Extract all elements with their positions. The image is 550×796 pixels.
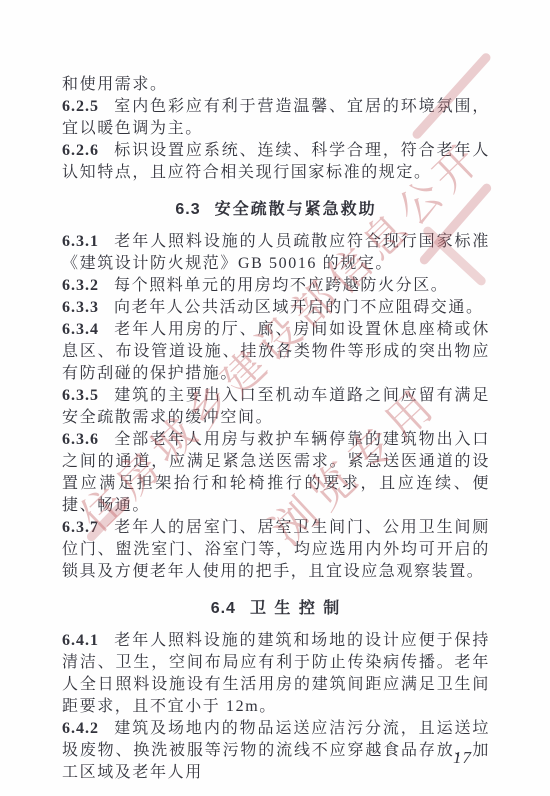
clause-text: 建筑及场地内的物品运送应洁污分流，且运送垃圾废物、换洗被服等污物的流线不应穿越食… [62, 720, 490, 781]
clause-number: 6.3.4 [62, 321, 114, 338]
clause-number: 6.3.2 [62, 277, 114, 294]
clause-6-3-6: 6.3.6全部老年人用房与救护车辆停靠的建筑物出入口之间的通道，应满足紧急送医需… [62, 429, 490, 517]
paragraph-continuation: 和使用需求。 [62, 74, 490, 96]
clause-number: 6.2.5 [62, 98, 114, 115]
section-heading-6-3: 6.3安全疏散与紧急救助 [62, 199, 490, 221]
clause-number: 6.3.7 [62, 519, 114, 536]
clause-text: 老年人用房的厅、廊、房间如设置休息座椅或休息区、布设管道设施、挂放各类物件等形成… [62, 321, 490, 382]
clause-6-4-1: 6.4.1老年人照料设施的建筑和场地的设计应便于保持清洁、卫生，空间布局应有利于… [62, 630, 490, 718]
clause-6-2-5: 6.2.5室内色彩应有利于营造温馨、宜居的环境氛围，宜以暖色调为主。 [62, 96, 490, 140]
clause-text: 老年人照料设施的人员疏散应符合现行国家标准《建筑设计防火规范》GB 50016 … [62, 233, 490, 272]
clause-number: 6.2.6 [62, 142, 114, 159]
section-title: 卫 生 控 制 [250, 600, 341, 617]
clause-number: 6.4.1 [62, 632, 114, 649]
page-number: 17 [453, 748, 472, 768]
clause-number: 6.3.1 [62, 233, 114, 250]
clause-6-3-7: 6.3.7老年人的居室门、居室卫生间门、公用卫生间厕位门、盥洗室门、浴室门等，均… [62, 517, 490, 583]
clause-text: 老年人的居室门、居室卫生间门、公用卫生间厕位门、盥洗室门、浴室门等，均应选用内外… [62, 519, 490, 580]
clause-number: 6.3.3 [62, 299, 114, 316]
clause-text: 建筑的主要出入口至机动车道路之间应留有满足安全疏散需求的缓冲空间。 [62, 387, 490, 426]
clause-text: 标识设置应系统、连续、科学合理，符合老年人认知特点，且应符合相关现行国家标准的规… [62, 142, 490, 181]
section-number: 6.4 [211, 600, 250, 617]
clause-6-2-6: 6.2.6标识设置应系统、连续、科学合理，符合老年人认知特点，且应符合相关现行国… [62, 140, 490, 184]
clause-text: 老年人照料设施的建筑和场地的设计应便于保持清洁、卫生，空间布局应有利于防止传染病… [62, 632, 490, 715]
clause-text: 室内色彩应有利于营造温馨、宜居的环境氛围，宜以暖色调为主。 [62, 98, 490, 137]
clause-6-3-1: 6.3.1老年人照料设施的人员疏散应符合现行国家标准《建筑设计防火规范》GB 5… [62, 231, 490, 275]
clause-number: 6.3.5 [62, 387, 114, 404]
clause-text: 每个照料单元的用房均不应跨越防火分区。 [114, 277, 448, 294]
clause-number: 6.3.6 [62, 431, 114, 448]
document-body: 和使用需求。 6.2.5室内色彩应有利于营造温馨、宜居的环境氛围，宜以暖色调为主… [62, 74, 490, 784]
clause-6-4-2: 6.4.2建筑及场地内的物品运送应洁污分流，且运送垃圾废物、换洗被服等污物的流线… [62, 718, 490, 784]
clause-text: 全部老年人用房与救护车辆停靠的建筑物出入口之间的通道，应满足紧急送医需求。紧急送… [62, 431, 490, 514]
clause-6-3-3: 6.3.3向老年人公共活动区域开启的门不应阻碍交通。 [62, 297, 490, 319]
section-heading-6-4: 6.4卫 生 控 制 [62, 598, 490, 620]
clause-6-3-4: 6.3.4老年人用房的厅、廊、房间如设置休息座椅或休息区、布设管道设施、挂放各类… [62, 319, 490, 385]
document-page: 和使用需求。 6.2.5室内色彩应有利于营造温馨、宜居的环境氛围，宜以暖色调为主… [0, 0, 550, 796]
clause-number: 6.4.2 [62, 720, 114, 737]
clause-6-3-5: 6.3.5建筑的主要出入口至机动车道路之间应留有满足安全疏散需求的缓冲空间。 [62, 385, 490, 429]
section-number: 6.3 [175, 201, 214, 218]
clause-6-3-2: 6.3.2每个照料单元的用房均不应跨越防火分区。 [62, 275, 490, 297]
section-title: 安全疏散与紧急救助 [215, 201, 377, 218]
clause-text: 向老年人公共活动区域开启的门不应阻碍交通。 [114, 299, 484, 316]
